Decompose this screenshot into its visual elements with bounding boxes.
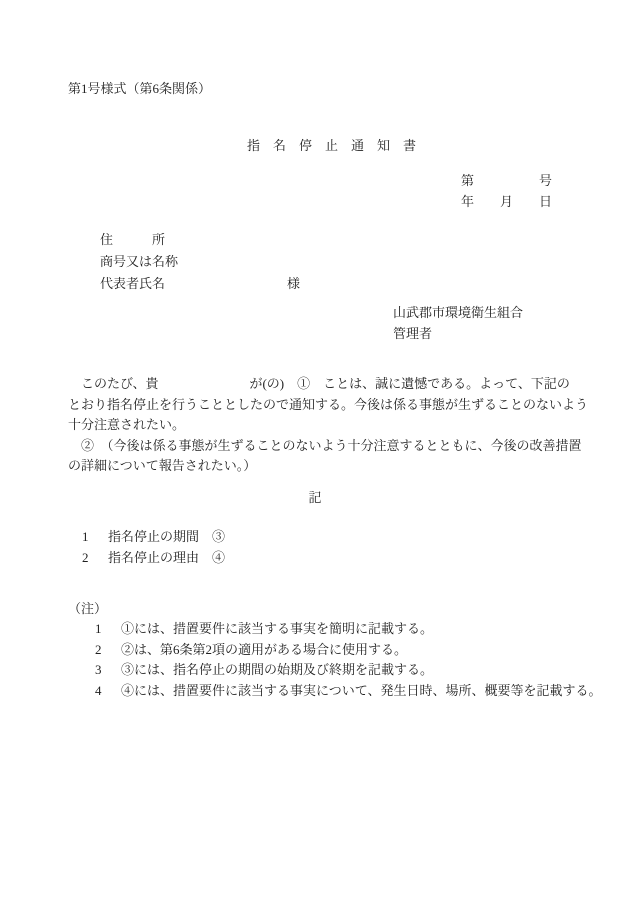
record-marker: 記 (68, 487, 562, 508)
issue-block: 第 号 年 月 日 (68, 170, 595, 212)
note-item-4: 4④には、措置要件に該当する事実について、発生日時、場所、概要等を記載する。 (95, 681, 595, 702)
note-item-3: 3③には、指名停止の期間の始期及び終期を記載する。 (95, 660, 595, 681)
document-number-line: 第 号 (68, 170, 552, 191)
body-line-2: とおり指名停止を行うこととしたので通知する。今後は係る事態が生ずることのないよう (68, 395, 595, 416)
note-item-number: 4 (95, 681, 121, 702)
note-item-text: ④には、措置要件に該当する事実について、発生日時、場所、概要等を記載する。 (121, 683, 601, 698)
item-list: 1指名停止の期間 ③ 2指名停止の理由 ④ (82, 526, 595, 568)
note-item-2: 2②は、第6条第2項の適用がある場合に使用する。 (95, 640, 595, 661)
list-item-reason: 2指名停止の理由 ④ (82, 547, 595, 568)
sender-block: 山武郡市環境衛生組合 管理者 (393, 302, 595, 344)
page-title: 指 名 停 止 通 知 書 (68, 135, 595, 156)
recipient-representative-label: 代表者氏名 (100, 276, 165, 291)
recipient-representative-line: 代表者氏名様 (100, 273, 595, 295)
sender-role: 管理者 (393, 323, 595, 344)
note-item-text: ③には、指名停止の期間の始期及び終期を記載する。 (121, 662, 433, 677)
sender-organization: 山武郡市環境衛生組合 (393, 302, 595, 323)
honorific-label: 様 (287, 276, 300, 291)
body-line-4: ② （今後は係る事態が生ずることのないよう十分注意するとともに、今後の改善措置 (68, 436, 595, 457)
notes-label: （注） (68, 599, 595, 620)
note-item-number: 2 (95, 640, 121, 661)
recipient-address-label: 住 所 (100, 229, 595, 251)
notes-block: （注） 1①には、措置要件に該当する事実を簡明に記載する。 2②は、第6条第2項… (68, 599, 595, 702)
list-item-number: 2 (82, 547, 108, 568)
form-number: 第1号様式（第6条関係） (68, 78, 595, 99)
body-line-3: 十分注意されたい。 (68, 415, 595, 436)
note-item-text: ①には、措置要件に該当する事実を簡明に記載する。 (121, 621, 433, 636)
note-item-text: ②は、第6条第2項の適用がある場合に使用する。 (121, 642, 407, 657)
issue-date-line: 年 月 日 (68, 191, 552, 212)
body-line-5: の詳細について報告されたい。） (68, 456, 595, 477)
list-item-number: 1 (82, 526, 108, 547)
note-item-1: 1①には、措置要件に該当する事実を簡明に記載する。 (95, 619, 595, 640)
document-page: 第1号様式（第6条関係） 指 名 停 止 通 知 書 第 号 年 月 日 住 所… (0, 0, 630, 903)
list-item-period: 1指名停止の期間 ③ (82, 526, 595, 547)
list-item-text: 指名停止の理由 ④ (108, 550, 225, 565)
list-item-text: 指名停止の期間 ③ (108, 529, 225, 544)
recipient-company-label: 商号又は名称 (100, 251, 595, 273)
note-item-number: 3 (95, 660, 121, 681)
body-line-1: このたび、貴 が(の) ① ことは、誠に遺憾である。よって、下記の (68, 374, 595, 395)
recipient-block: 住 所 商号又は名称 代表者氏名様 (100, 229, 595, 295)
note-item-number: 1 (95, 619, 121, 640)
body-paragraph: このたび、貴 が(の) ① ことは、誠に遺憾である。よって、下記の とおり指名停… (68, 374, 595, 477)
